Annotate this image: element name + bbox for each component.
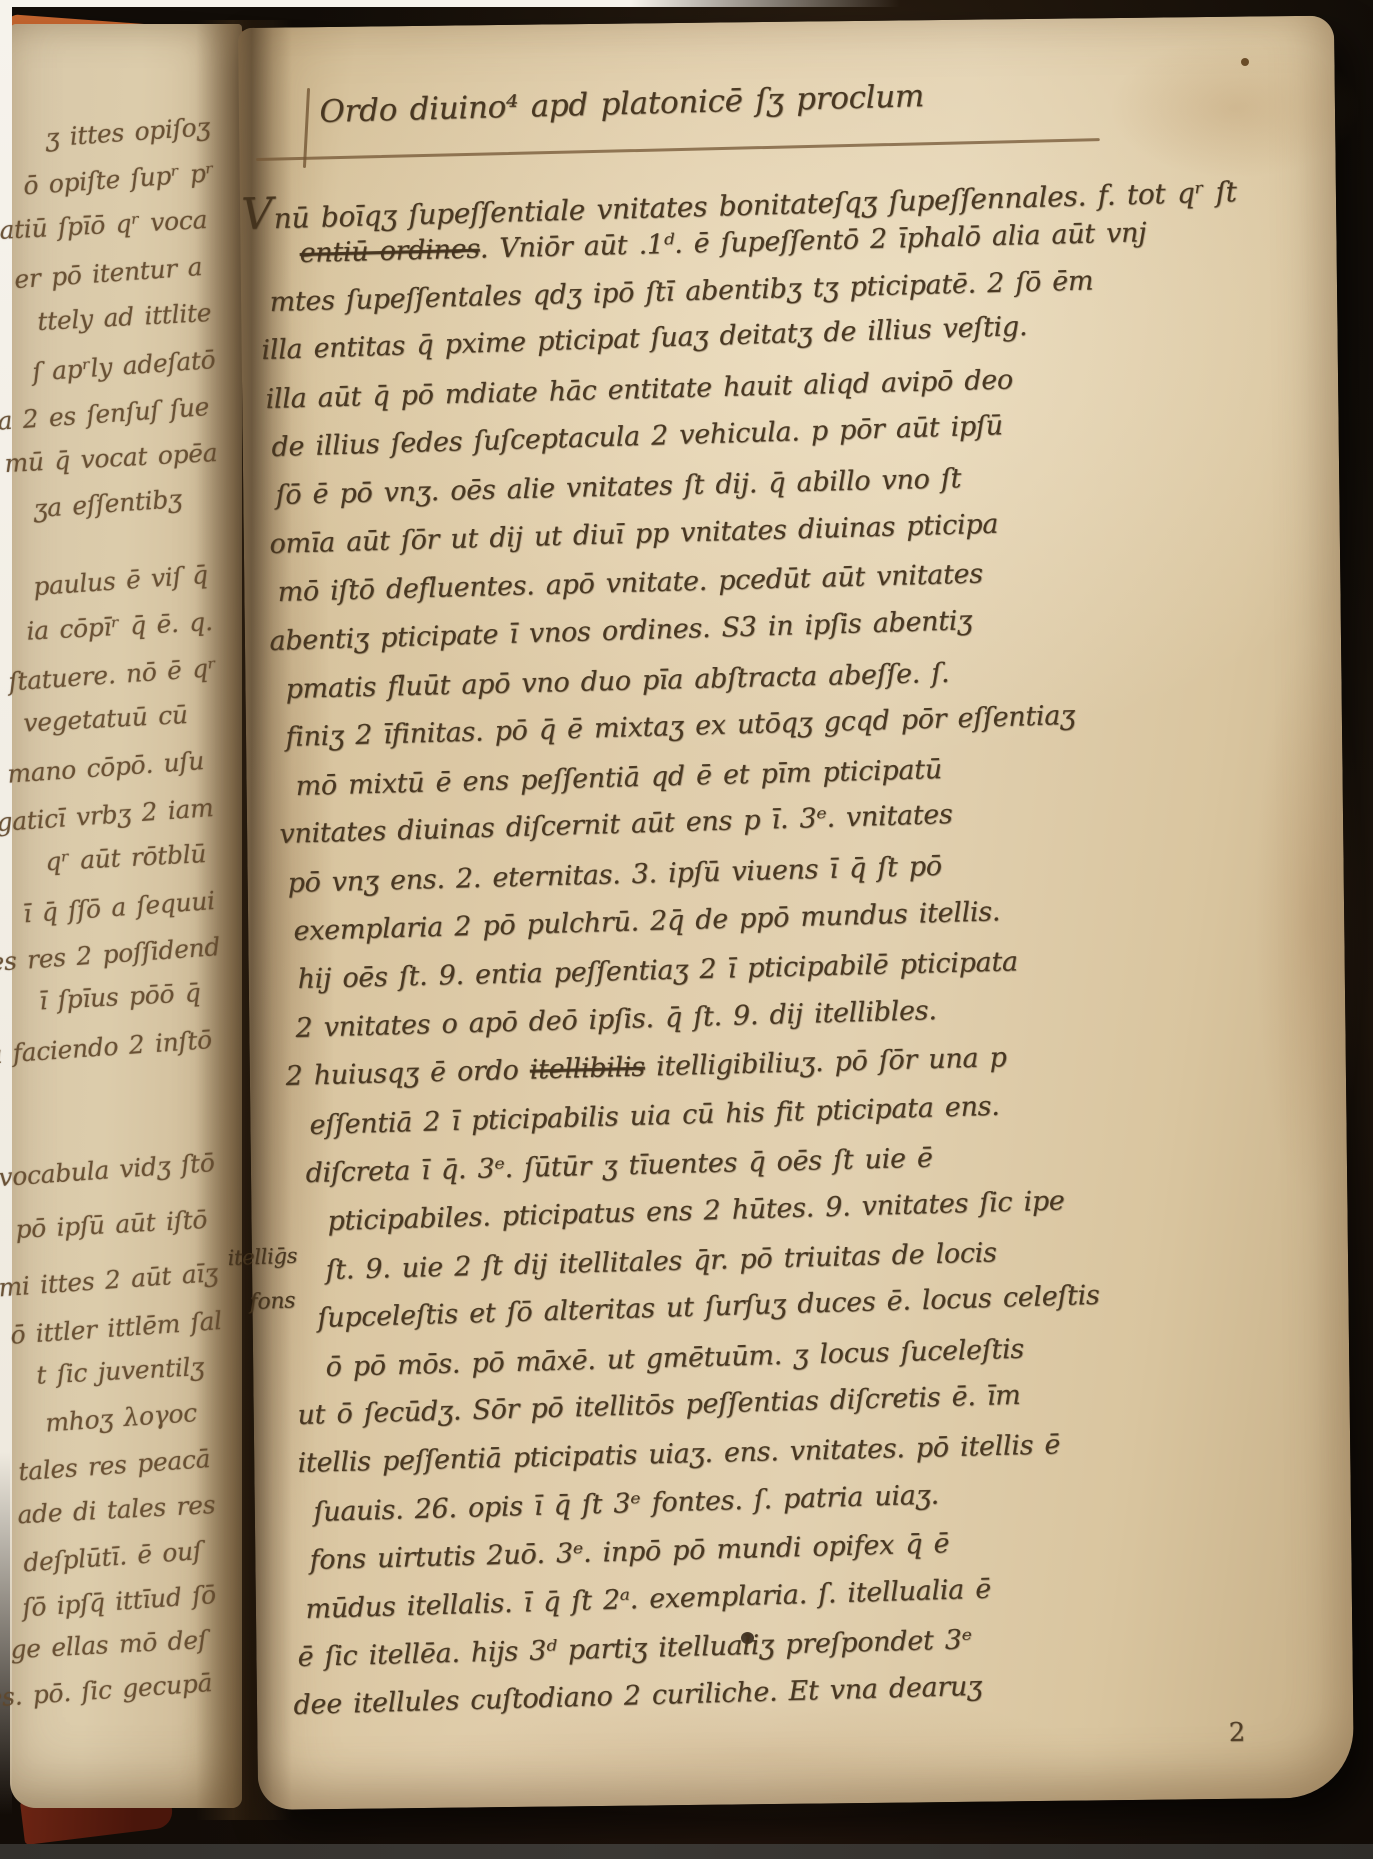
photo-bottom-bar — [0, 1844, 1373, 1859]
ink-dot — [1241, 58, 1249, 66]
margin-note: fons — [249, 1288, 296, 1315]
photo-border-left — [0, 0, 12, 1815]
page-number: 2 — [1228, 1718, 1245, 1748]
photo-border-top — [0, 0, 900, 7]
margin-note: itelliḡs — [227, 1244, 297, 1270]
